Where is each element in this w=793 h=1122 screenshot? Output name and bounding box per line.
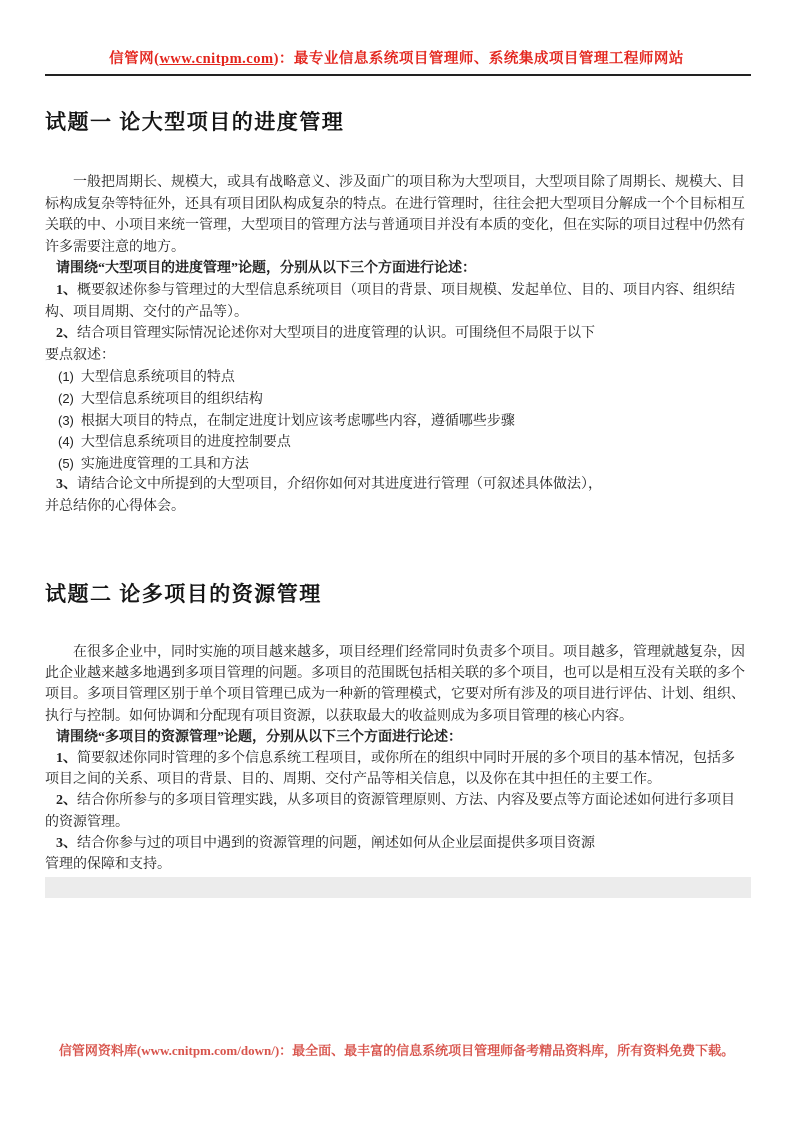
- paragraph-line: 项目。多项目管理区别于单个项目管理已成为一种新的管理模式，它要对所有涉及的项目进…: [45, 684, 751, 705]
- highlight-bar: [45, 877, 751, 898]
- question2-title: 试题二 论多项目的资源管理: [45, 578, 322, 608]
- site-footer: 信管网资料库(www.cnitpm.com/down/)：最全面、最丰富的信息系…: [0, 1040, 793, 1059]
- numbered-item-continuation: 项目之间的关系、项目的背景、目的、周期、交付产品等相关信息，以及你在其中担任的主…: [45, 769, 751, 790]
- item-text: 结合你参与过的项目中遇到的资源管理的问题，阐述如何从企业层面提供多项目资源: [77, 836, 595, 851]
- item-number: 2、: [56, 326, 77, 341]
- paragraph-line: 标构成复杂等特征外，还具有项目团队构成复杂的特点。在进行管理时，往往会把大型项目…: [45, 194, 751, 216]
- site-header: 信管网(www.cnitpm.com)：最专业信息系统项目管理师、系统集成项目管…: [0, 47, 793, 68]
- paragraph-line: 许多需要注意的地方。: [45, 237, 751, 259]
- item-number: 2、: [56, 793, 77, 808]
- discussion-prompt: 请围绕“多项目的资源管理”论题，分别从以下三个方面进行论述：: [45, 727, 751, 748]
- sub-list-text: 大型信息系统项目的组织结构: [81, 392, 263, 407]
- discussion-prompt: 请围绕“大型项目的进度管理”论题，分别从以下三个方面进行论述：: [45, 258, 751, 280]
- numbered-item-continuation: 要点叙述：: [45, 345, 751, 367]
- footer-text-prefix: 信管网资料库(: [59, 1043, 141, 1058]
- sub-list-text: 大型信息系统项目的进度控制要点: [81, 435, 291, 450]
- question1-title: 试题一 论大型项目的进度管理: [45, 106, 344, 136]
- footer-site-link: www.cnitpm.com/down/: [141, 1043, 275, 1058]
- numbered-item: 2、结合项目管理实际情况论述你对大型项目的进度管理的认识。可围绕但不局限于以下: [45, 323, 751, 345]
- sub-list-text: 根据大项目的特点，在制定进度计划应该考虑哪些内容，遵循哪些步骤: [81, 414, 515, 429]
- sub-list-number: (5): [58, 456, 74, 471]
- item-text: 概要叙述你参与管理过的大型信息系统项目（项目的背景、项目规模、发起单位、目的、项…: [77, 283, 735, 298]
- paragraph-line: 在很多企业中，同时实施的项目越来越多，项目经理们经常同时负责多个项目。项目越多，…: [45, 642, 751, 663]
- numbered-item-continuation: 构、项目周期、交付的产品等）。: [45, 302, 751, 324]
- item-number: 3、: [56, 836, 77, 851]
- sub-list-item: (1)大型信息系统项目的特点: [45, 366, 751, 388]
- item-number: 1、: [56, 751, 77, 766]
- footer-text-suffix: )：最全面、最丰富的信息系统项目管理师备考精品资料库，所有资料免费下载。: [275, 1043, 734, 1058]
- item-text: 简要叙述你同时管理的多个信息系统工程项目，或你所在的组织中同时开展的多个项目的基…: [77, 751, 735, 766]
- numbered-item-continuation: 并总结你的心得体会。: [45, 496, 751, 518]
- item-number: 1、: [56, 283, 77, 298]
- header-site-link[interactable]: www.cnitpm.com: [159, 51, 273, 67]
- header-text-prefix: 信管网(: [109, 51, 159, 67]
- numbered-item-continuation: 管理的保障和支持。: [45, 854, 751, 875]
- sub-list-item: (3)根据大项目的特点，在制定进度计划应该考虑哪些内容，遵循哪些步骤: [45, 410, 751, 432]
- header-divider-line: [45, 74, 751, 76]
- paragraph-line: 一般把周期长、规模大，或具有战略意义、涉及面广的项目称为大型项目，大型项目除了周…: [45, 172, 751, 194]
- question2-body: 在很多企业中，同时实施的项目越来越多，项目经理们经常同时负责多个项目。项目越多，…: [45, 642, 751, 875]
- sub-list-text: 大型信息系统项目的特点: [81, 370, 235, 385]
- sub-list-text: 实施进度管理的工具和方法: [81, 457, 249, 472]
- numbered-item: 2、结合你所参与的多项目管理实践，从多项目的资源管理原则、方法、内容及要点等方面…: [45, 790, 751, 811]
- item-number: 3、: [56, 477, 77, 492]
- paragraph-line: 关联的中、小项目来统一管理，大型项目的管理方法与普通项目并没有本质的变化，但在实…: [45, 215, 751, 237]
- numbered-item: 3、请结合论文中所提到的大型项目，介绍你如何对其进度进行管理（可叙述具体做法），: [45, 474, 751, 496]
- numbered-item: 1、概要叙述你参与管理过的大型信息系统项目（项目的背景、项目规模、发起单位、目的…: [45, 280, 751, 302]
- paragraph-line: 执行与控制。如何协调和分配现有项目资源，以获取最大的收益则成为多项目管理的核心内…: [45, 706, 751, 727]
- numbered-item-continuation: 的资源管理。: [45, 812, 751, 833]
- sub-list-number: (4): [58, 434, 74, 449]
- sub-list-item: (4)大型信息系统项目的进度控制要点: [45, 431, 751, 453]
- item-text: 结合项目管理实际情况论述你对大型项目的进度管理的认识。可围绕但不局限于以下: [77, 326, 595, 341]
- sub-list-item: (2)大型信息系统项目的组织结构: [45, 388, 751, 410]
- numbered-item: 3、结合你参与过的项目中遇到的资源管理的问题，阐述如何从企业层面提供多项目资源: [45, 833, 751, 854]
- sub-list-number: (3): [58, 413, 74, 428]
- item-text: 结合你所参与的多项目管理实践，从多项目的资源管理原则、方法、内容及要点等方面论述…: [77, 793, 735, 808]
- header-text-suffix: )：最专业信息系统项目管理师、系统集成项目管理工程师网站: [274, 51, 684, 67]
- sub-list-number: (2): [58, 391, 74, 406]
- sub-list-number: (1): [58, 369, 74, 384]
- sub-list-item: (5)实施进度管理的工具和方法: [45, 453, 751, 475]
- paragraph-line: 此企业越来越多地遇到多项目管理的问题。多项目的范围既包括相关联的多个项目，也可以…: [45, 663, 751, 684]
- numbered-item: 1、简要叙述你同时管理的多个信息系统工程项目，或你所在的组织中同时开展的多个项目…: [45, 748, 751, 769]
- item-text: 请结合论文中所提到的大型项目，介绍你如何对其进度进行管理（可叙述具体做法），: [77, 477, 602, 492]
- question1-body: 一般把周期长、规模大，或具有战略意义、涉及面广的项目称为大型项目，大型项目除了周…: [45, 172, 751, 518]
- document-page: 信管网(www.cnitpm.com)：最专业信息系统项目管理师、系统集成项目管…: [0, 0, 793, 1122]
